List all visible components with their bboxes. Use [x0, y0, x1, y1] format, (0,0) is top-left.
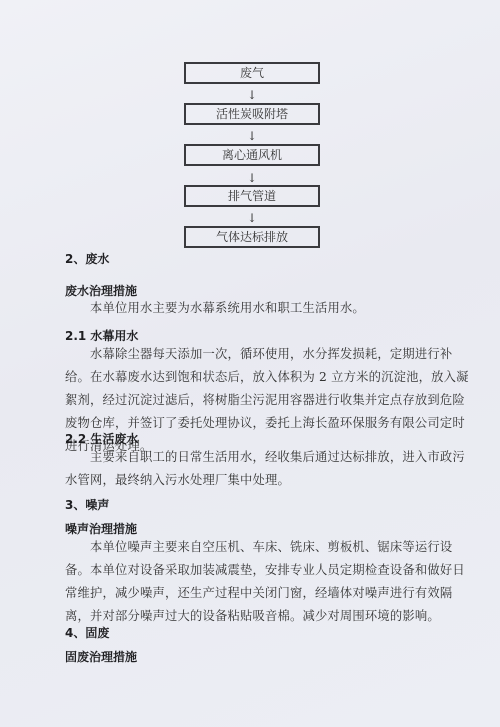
section-heading-solid-waste: 4、固废 — [65, 624, 109, 641]
section-heading-wastewater: 2、废水 — [65, 250, 109, 267]
subheading-water-curtain: 2.1 水幕用水 — [65, 327, 138, 344]
flow-step-centrifugal-fan: 离心通风机 — [184, 144, 320, 166]
flow-step-exhaust-gas: 废气 — [184, 62, 320, 84]
flow-step-compliant-emission: 气体达标排放 — [184, 226, 320, 248]
arrow-down-icon: ↓ — [247, 130, 257, 142]
flow-step-activated-carbon-tower: 活性炭吸附塔 — [184, 103, 320, 125]
subheading-domestic-wastewater: 2.2 生活废水 — [65, 430, 138, 447]
paragraph-water-usage: 本单位用水主要为水幕系统用水和职工生活用水。 — [65, 297, 470, 320]
arrow-down-icon: ↓ — [247, 89, 257, 101]
subheading-solid-waste-measures: 固废治理措施 — [65, 648, 137, 665]
paragraph-domestic-wastewater: 主要来自职工的日常生活用水，经收集后通过达标排放，进入市政污水管网，最终纳入污水… — [65, 446, 470, 492]
document-page: 废气 ↓ 活性炭吸附塔 ↓ 离心通风机 ↓ 排气管道 ↓ 气体达标排放 2、废水… — [0, 0, 500, 727]
arrow-down-icon: ↓ — [247, 212, 257, 224]
paragraph-noise: 本单位噪声主要来自空压机、车床、铣床、剪板机、锯床等运行设备。本单位对设备采取加… — [65, 536, 470, 628]
subheading-noise-measures: 噪声治理措施 — [65, 520, 137, 537]
flow-step-exhaust-pipe: 排气管道 — [184, 185, 320, 207]
section-heading-noise: 3、噪声 — [65, 496, 109, 513]
arrow-down-icon: ↓ — [247, 172, 257, 184]
